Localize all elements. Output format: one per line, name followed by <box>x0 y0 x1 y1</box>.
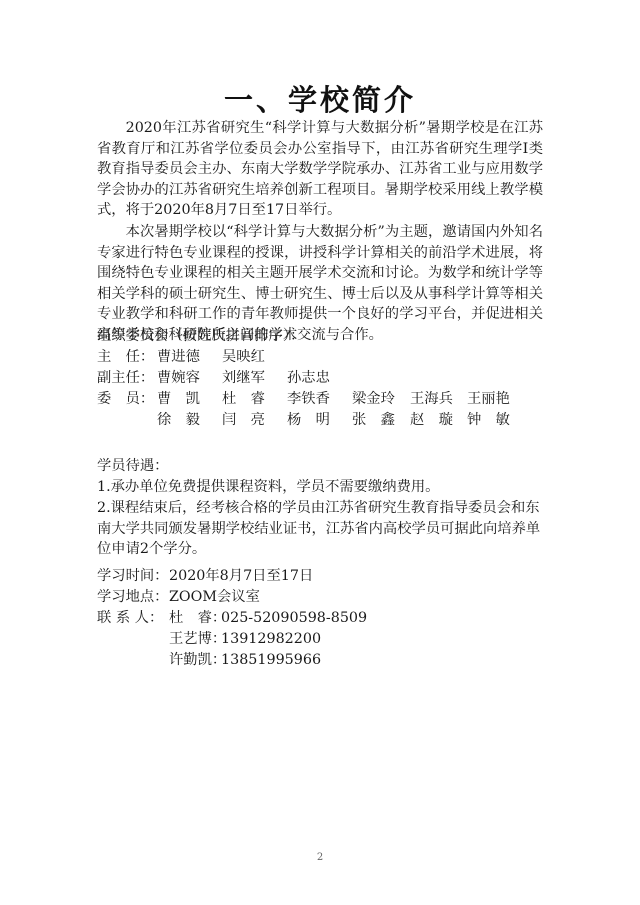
study-time-label: 学习时间： <box>97 566 169 587</box>
contact-name: 王艺博： <box>169 629 226 650</box>
benefit-item-2: 2.课程结束后，经考核合格的学员由江苏省研究生教育指导委员会和东南大学共同颁发暑… <box>97 498 543 560</box>
member-name: 徐 毅 <box>157 410 200 431</box>
member-name: 梁金玲 <box>352 389 395 410</box>
member-name: 曹 凯 <box>157 389 200 410</box>
member-name: 赵 璇 <box>410 410 453 431</box>
study-place-label: 学习地点： <box>97 587 169 608</box>
study-place-value: ZOOM会议室 <box>169 587 260 608</box>
page-number: 2 <box>0 852 640 863</box>
member-name: 王海兵 <box>410 389 453 410</box>
member-name: 王丽艳 <box>467 389 510 410</box>
deputy-name: 孙志忠 <box>287 368 330 389</box>
member-name: 闫 亮 <box>222 410 265 431</box>
contact-phone: 13912982200 <box>221 629 321 650</box>
members-label: 委 员： <box>97 389 157 410</box>
contact-phone: 13851995966 <box>221 650 321 671</box>
member-name: 李铁香 <box>287 389 330 410</box>
committee-heading: 组织委员会（按姓氏拼音排序）： <box>97 326 304 347</box>
contact-name: 杜 睿： <box>169 608 226 629</box>
study-time-value: 2020年8月7日至17日 <box>169 566 313 587</box>
director-name: 曹进德 <box>157 347 200 368</box>
deputy-name: 刘继军 <box>222 368 265 389</box>
contact-label: 联 系 人： <box>97 608 169 629</box>
deputies-label: 副主任： <box>97 368 157 389</box>
contact-name: 许勤凯： <box>169 650 226 671</box>
section-title: 一、学校简介 <box>0 78 640 119</box>
member-name: 钟 敏 <box>467 410 510 431</box>
member-name: 杨 明 <box>287 410 330 431</box>
deputy-name: 曹婉容 <box>157 368 200 389</box>
benefits-heading: 学员待遇： <box>97 456 168 477</box>
intro-paragraph-1: 2020年江苏省研究生“科学计算与大数据分析”暑期学校是在江苏省教育厅和江苏省学… <box>97 118 543 221</box>
director-name: 吴映红 <box>222 347 265 368</box>
directors-label: 主 任： <box>97 347 157 368</box>
member-name: 张 鑫 <box>352 410 395 431</box>
member-name: 杜 睿 <box>222 389 265 410</box>
document-page: 一、学校简介 2020年江苏省研究生“科学计算与大数据分析”暑期学校是在江苏省教… <box>0 0 640 905</box>
contact-phone: 025-52090598-8509 <box>221 608 367 629</box>
benefit-item-1: 1.承办单位免费提供课程资料，学员不需要缴纳费用。 <box>97 477 543 498</box>
